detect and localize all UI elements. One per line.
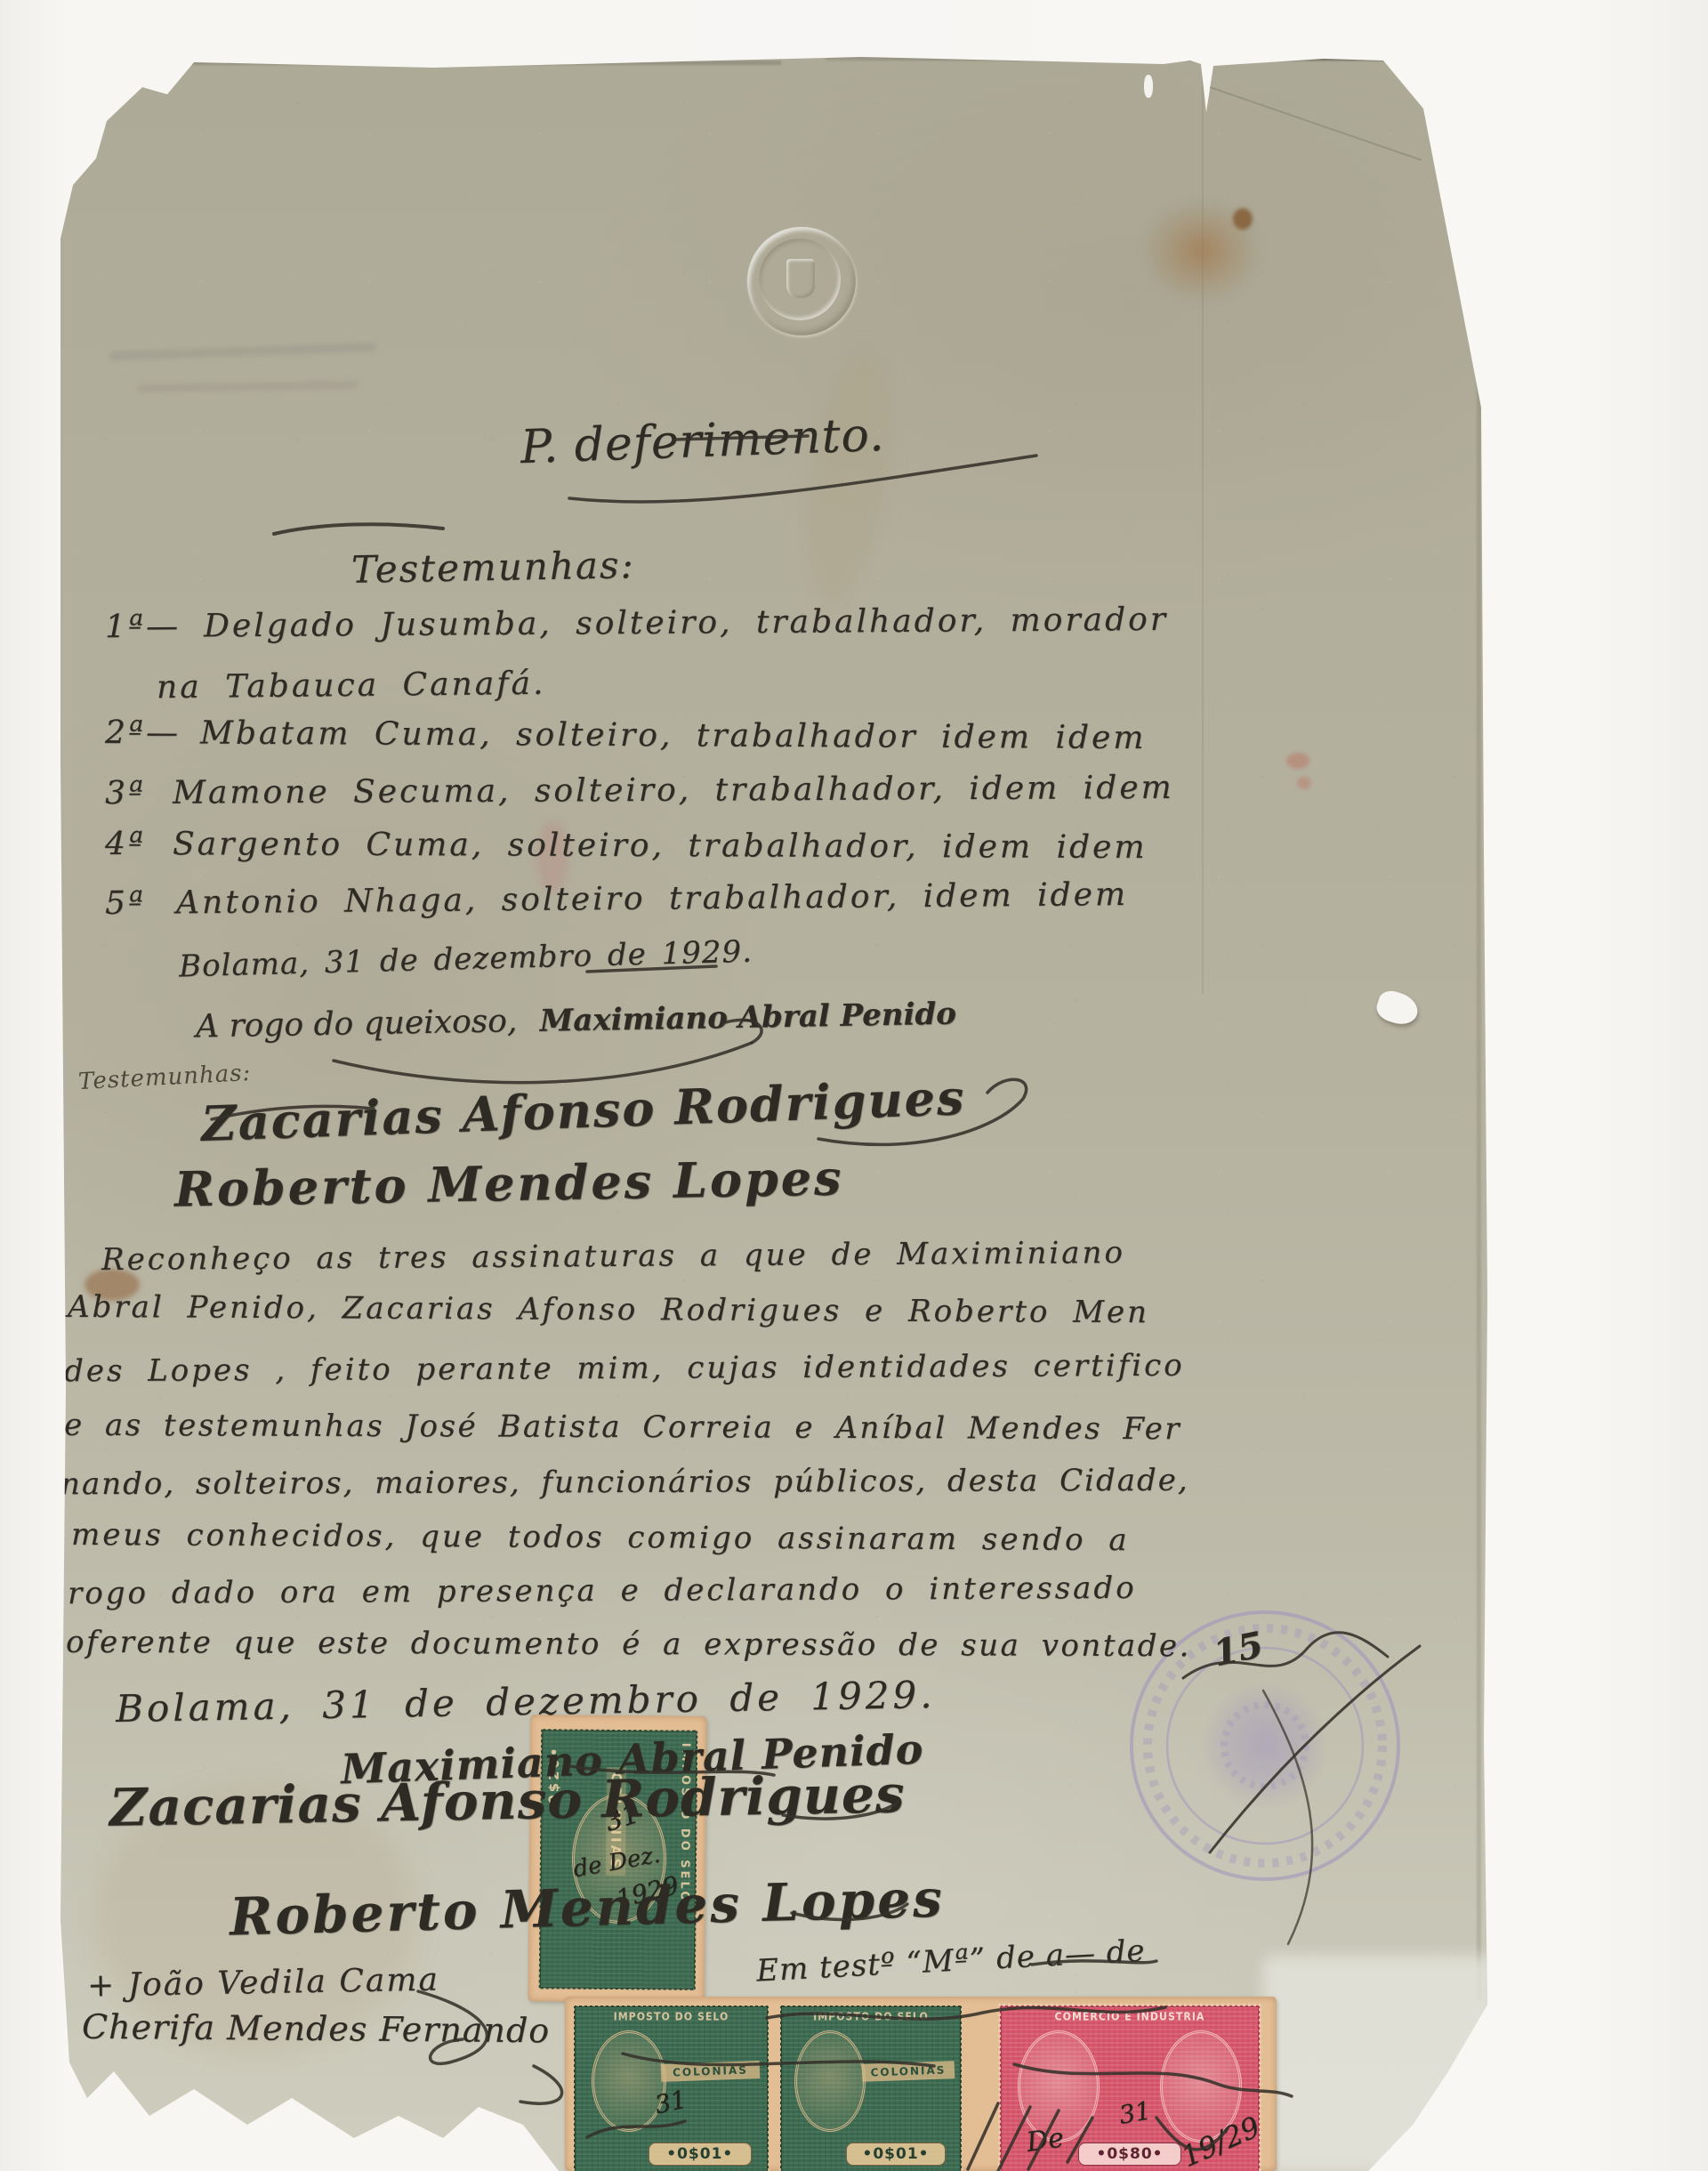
green1-region-band: COLONIAS xyxy=(661,2061,761,2082)
recognition-line-4: e as testemunhas José Batista Correia e … xyxy=(64,1408,1181,1447)
edge-tear-hole xyxy=(1374,988,1422,1029)
rogo-prefix: A rogo do queixoso, xyxy=(196,1003,518,1045)
paper-sheet: P. deferimento. Testemunhas: 1ª—Delgado … xyxy=(60,52,1487,2171)
signature-roberto-1: Roberto Mendes Lopes xyxy=(173,1149,843,1217)
witness-number: 3ª xyxy=(105,775,146,811)
recognition-line-5: nando, solteiros, maiores, funcionários … xyxy=(60,1463,1189,1502)
stain-tan-streak xyxy=(790,341,906,617)
green2-title: IMPOSTO DO SELO xyxy=(782,2010,960,2022)
vertical-fold-crease xyxy=(1202,69,1204,995)
bottom-right-pale-wash xyxy=(1263,1956,1494,2171)
red-stamp-hw-day: 31 xyxy=(1116,2095,1153,2130)
note-fernando: Cherifa Mendes Fernando xyxy=(82,2007,551,2051)
recognition-line-3: des Lopes , feito perante mim, cujas ide… xyxy=(64,1348,1185,1390)
witness-text: Delgado Jusumba, solteiro, trabalhador, … xyxy=(204,601,1168,645)
stain-brown-core xyxy=(1233,208,1253,230)
green1-title: IMPOSTO DO SELO xyxy=(576,2010,767,2022)
witness-text: Antonio Nhaga, solteiro trabalhador, ide… xyxy=(176,876,1128,921)
bleedthrough-mark-2 xyxy=(136,381,359,392)
scanned-document: P. deferimento. Testemunhas: 1ª—Delgado … xyxy=(0,0,1708,2171)
stain-brown-large xyxy=(1141,198,1261,303)
witness-number: 5ª xyxy=(105,885,146,922)
recognition-line-6: meus conhecidos, que todos comigo assina… xyxy=(71,1517,1130,1558)
red-stamp-hw-prefix: De xyxy=(1025,2122,1066,2158)
witness-heading: Testemunhas: xyxy=(351,543,635,592)
witness-text: Mbatam Cuma, solteiro, trabalhador idem … xyxy=(200,714,1147,756)
witness-line-3: 3ªMamone Secuma, solteiro, trabalhador, … xyxy=(105,770,1174,811)
stain-rust-dot-2 xyxy=(1297,777,1311,789)
witness-line-2: 2ª—Mbatam Cuma, solteiro, trabalhador id… xyxy=(105,714,1147,756)
signature-zacarias-2: Zacarias Afonso Rodrigues xyxy=(109,1763,906,1838)
witness-line-1b: na Tabauca Canafá. xyxy=(157,666,546,706)
top-edge-nick xyxy=(1144,75,1153,98)
recognition-line-8: oferente que este documento é a expressã… xyxy=(66,1625,1191,1664)
top-edge-shadow-right xyxy=(826,53,1423,61)
green2-region-band: COLONIAS xyxy=(862,2061,955,2082)
green1-medallion xyxy=(592,2030,666,2132)
margin-note-testemunhas: Testemunhas: xyxy=(77,1060,252,1095)
witness-number: 1ª— xyxy=(105,609,181,646)
page-title: P. deferimento. xyxy=(520,408,885,474)
revenue-stamp-green-2: IMPOSTO DO SELO COLONIAS •0$01• xyxy=(780,2006,962,2171)
stain-rust-dot-1 xyxy=(1286,753,1309,769)
recognition-dateline: Bolama, 31 de dezembro de 1929. xyxy=(116,1673,936,1731)
witness-number: 4ª xyxy=(105,826,146,862)
rogo-signature: Maximiano Abral Penido xyxy=(539,997,956,1039)
red-stamp-value: •0$80• xyxy=(1078,2143,1180,2166)
right-edge-shadow xyxy=(1477,114,1481,2000)
witness-text: Sargento Cuma, solteiro, trabalhador, id… xyxy=(173,826,1148,866)
witness-text: Mamone Secuma, solteiro, trabalhador, id… xyxy=(173,770,1174,811)
signature-zacarias-1: Zacarias Afonso Rodrigues xyxy=(200,1069,966,1152)
red-stamp-title: COMERCIO E INDUSTRIA xyxy=(1002,2010,1258,2022)
witness-line-5: 5ªAntonio Nhaga, solteiro trabalhador, i… xyxy=(105,876,1128,922)
green1-value: •0$01• xyxy=(649,2143,752,2166)
recognition-line-2: Abral Penido, Zacarias Afonso Rodrigues … xyxy=(68,1289,1149,1330)
recognition-line-1: Reconheço as tres assinaturas a que de M… xyxy=(101,1235,1125,1278)
note-em-testo: Em testº “Mª” de a— de xyxy=(755,1933,1146,1989)
witness-number: 2ª— xyxy=(105,714,181,751)
embossed-seal-shield xyxy=(786,259,815,298)
top-edge-shadow-left xyxy=(141,61,781,65)
recognition-line-7: rogo dado ora em presença e declarando o… xyxy=(68,1570,1137,1611)
embossed-seal xyxy=(747,227,856,335)
green2-value: •0$01• xyxy=(846,2143,946,2166)
bleedthrough-mark-1 xyxy=(109,343,376,360)
witness-line-4: 4ªSargento Cuma, solteiro, trabalhador, … xyxy=(105,826,1148,866)
signature-roberto-2: Roberto Mendes Lopes xyxy=(229,1868,945,1947)
green2-medallion xyxy=(794,2030,866,2132)
dateline: Bolama, 31 de dezembro de 1929. xyxy=(179,934,753,985)
note-cross-joao: + João Vedila Cama xyxy=(87,1962,440,2005)
witness-line-1: 1ª—Delgado Jusumba, solteiro, trabalhado… xyxy=(105,601,1168,645)
rogo-line: A rogo do queixoso, Maximiano Abral Peni… xyxy=(196,996,957,1045)
